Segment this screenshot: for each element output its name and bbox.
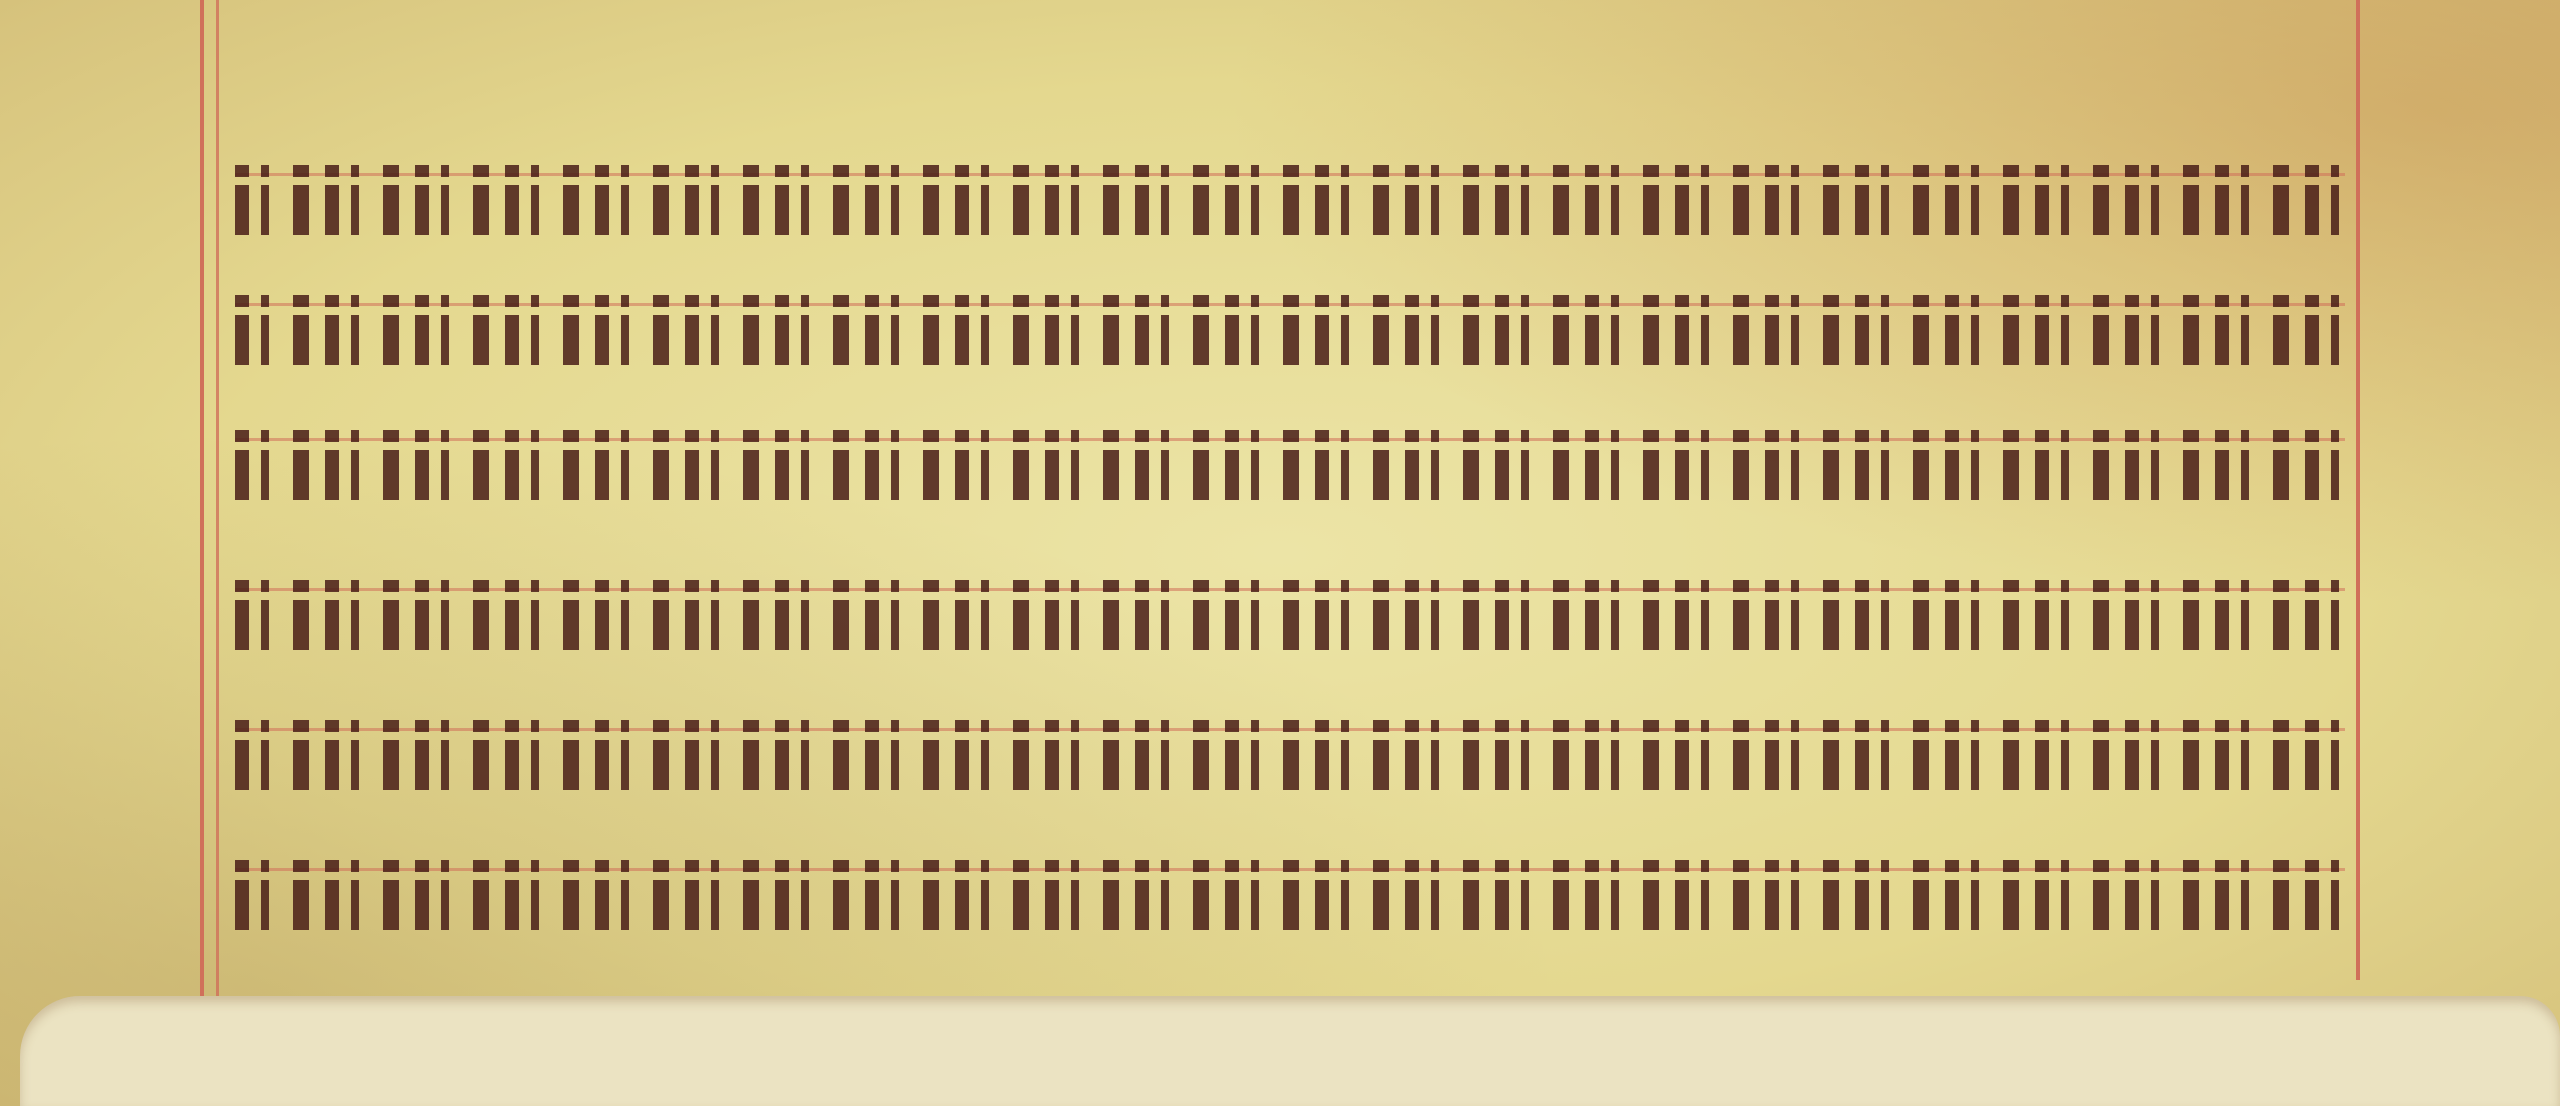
manuscript-line-4 <box>235 560 2345 670</box>
manuscript-line-6 <box>235 840 2345 950</box>
damaged-paper-strip <box>20 996 2560 1106</box>
manuscript-line-5 <box>235 700 2345 810</box>
manuscript-page: Text not transcribed — script could not … <box>0 0 2560 1106</box>
left-margin-rule-inner <box>216 0 219 1010</box>
manuscript-line-1 <box>235 145 2345 255</box>
left-margin-rule <box>200 0 204 1010</box>
transcription-note: Text not transcribed — script could not … <box>0 0 1 1</box>
right-margin-rule <box>2356 0 2360 980</box>
manuscript-line-3 <box>235 410 2345 520</box>
manuscript-line-2 <box>235 275 2345 385</box>
